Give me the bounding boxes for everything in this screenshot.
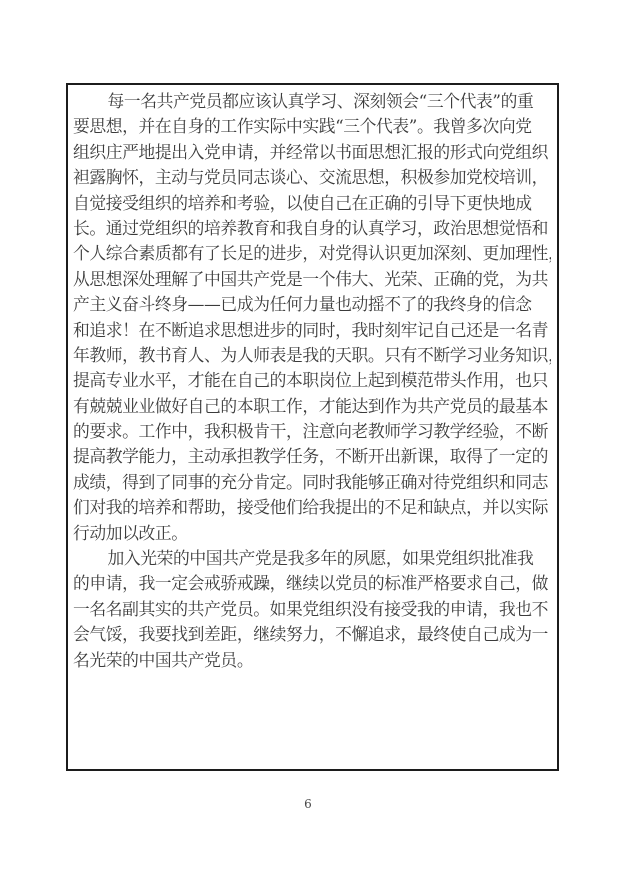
text-line: 自觉接受组织的培养和考验，以使自己在正确的引导下更快地成	[73, 191, 551, 216]
text-line: 组织庄严地提出入党申请，并经常以书面思想汇报的形式向党组织	[73, 140, 551, 165]
text-line: 每一名共产党员都应该认真学习、深刻领会“三个代表”的重	[73, 89, 551, 114]
paragraph: 每一名共产党员都应该认真学习、深刻领会“三个代表”的重要思想，并在自身的工作实际…	[73, 89, 551, 546]
text-line: 从思想深处理解了中国共产党是一个伟大、光荣、正确的党，为共	[73, 267, 551, 292]
text-line: 要思想，并在自身的工作实际中实践“三个代表”。我曾多次向党	[73, 114, 551, 139]
text-line: 和追求！在不断追求思想进步的同时，我时刻牢记自己还是一名青	[73, 318, 551, 343]
text-line: 一名名副其实的共产党员。如果党组织没有接受我的申请，我也不	[73, 597, 551, 622]
text-line: 有兢兢业业做好自己的本职工作，才能达到作为共产党员的最基本	[73, 394, 551, 419]
text-line: 名光荣的中国共产党员。	[73, 648, 551, 673]
text-line: 的申请，我一定会戒骄戒躁，继续以党员的标准严格要求自己，做	[73, 571, 551, 596]
text-line: 们对我的培养和帮助，接受他们给我提出的不足和缺点，并以实际	[73, 495, 551, 520]
text-line: 产主义奋斗终身——已成为任何力量也动摇不了的我终身的信念	[73, 292, 551, 317]
paragraph: 加入光荣的中国共产党是我多年的夙愿，如果党组织批准我的申请，我一定会戒骄戒躁，继…	[73, 546, 551, 673]
text-line: 加入光荣的中国共产党是我多年的夙愿，如果党组织批准我	[73, 546, 551, 571]
text-line: 成绩，得到了同事的充分肯定。同时我能够正确对待党组织和同志	[73, 470, 551, 495]
text-line: 年教师，教书育人、为人师表是我的天职。只有不断学习业务知识，	[73, 343, 551, 368]
document-body: 每一名共产党员都应该认真学习、深刻领会“三个代表”的重要思想，并在自身的工作实际…	[73, 89, 551, 673]
text-frame-border: 每一名共产党员都应该认真学习、深刻领会“三个代表”的重要思想，并在自身的工作实际…	[66, 83, 559, 771]
text-line: 袒露胸怀，主动与党员同志谈心、交流思想，积极参加党校培训，	[73, 165, 551, 190]
text-line: 长。通过党组织的培养教育和我自身的认真学习，政治思想觉悟和	[73, 216, 551, 241]
text-line: 提高专业水平，才能在自己的本职岗位上起到模范带头作用，也只	[73, 368, 551, 393]
text-line: 行动加以改正。	[73, 521, 551, 546]
text-line: 的要求。工作中，我积极肯干，注意向老教师学习教学经验，不断	[73, 419, 551, 444]
page-number: 6	[0, 797, 616, 811]
document-page: 每一名共产党员都应该认真学习、深刻领会“三个代表”的重要思想，并在自身的工作实际…	[0, 0, 620, 876]
text-line: 会气馁，我要找到差距，继续努力，不懈追求，最终使自己成为一	[73, 622, 551, 647]
text-line: 个人综合素质都有了长足的进步，对党得认识更加深刻、更加理性，	[73, 241, 551, 266]
text-line: 提高教学能力，主动承担教学任务，不断开出新课，取得了一定的	[73, 444, 551, 469]
